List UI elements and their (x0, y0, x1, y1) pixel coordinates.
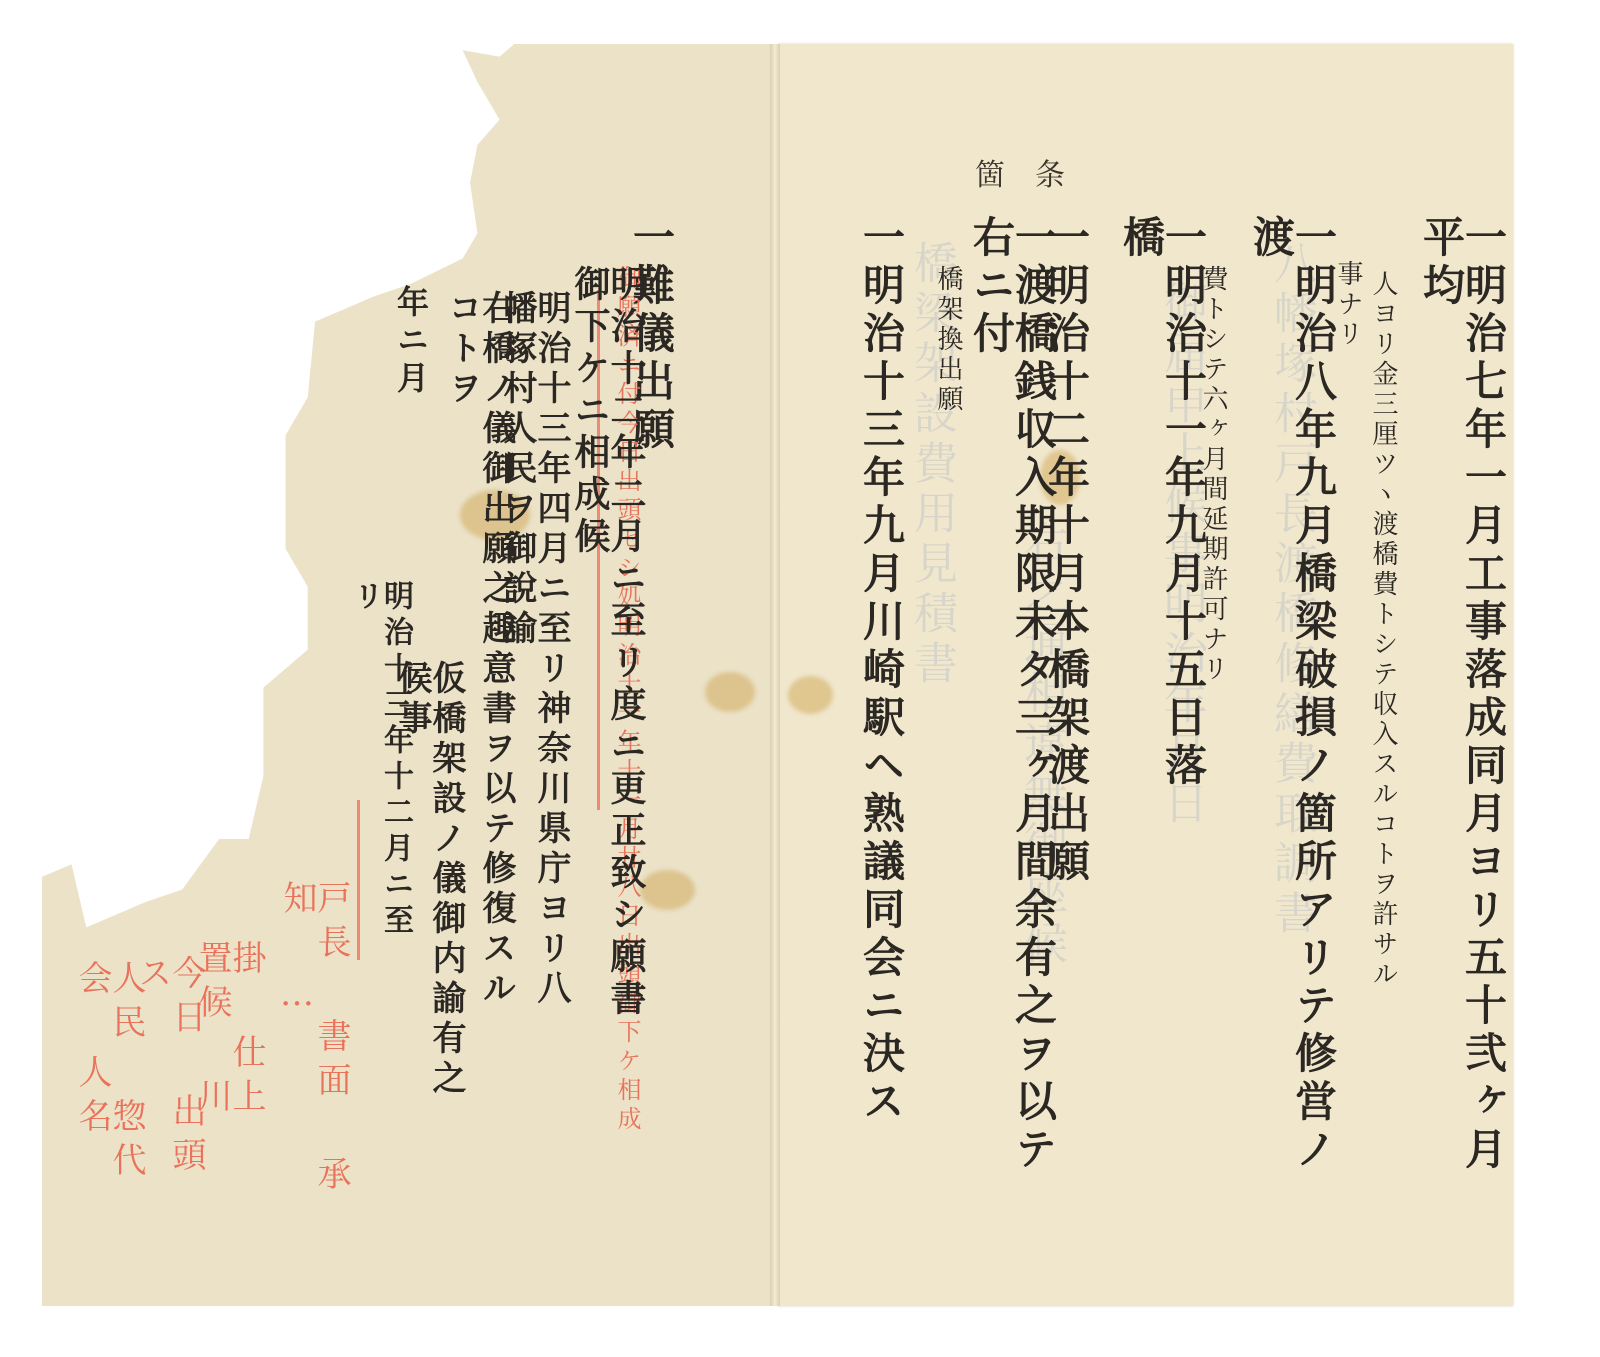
entry-5-note: 橋架換出願 (935, 265, 961, 565)
page-heading: 箇条 (975, 150, 1095, 194)
entry-1: 一明治七年一月工事落成同月ヨリ五十弐ヶ月平均 (1420, 215, 1504, 1215)
page-fold (770, 44, 780, 1306)
entry-3: 一明治十一年九月十五日落橋 (1120, 215, 1204, 815)
left-entry-7: 年ニ月 (395, 285, 427, 445)
left-entry-2: 明治十二年二月ニ至リ度ニ更正致シ願書御下ケニ相成候 (572, 265, 644, 1025)
red-annotation-1: 戸長 書面 承知 … (280, 880, 348, 1210)
entry-6: 一明治十三年九月川崎駅ヘ熟議同会ニ決ス (860, 215, 902, 1215)
red-annotation-4: 人民 惣代 会 人名 (75, 960, 143, 1240)
entry-1-tail: 事ナリ (1335, 260, 1361, 460)
entry-1-note: 人ヨリ金三厘ツヽ渡橋費トシテ収入スルコトヲ許サル (1370, 270, 1396, 1230)
left-entry-6: 明治十三年十二月ニ至リ (350, 580, 410, 960)
entry-2: 一明治八年九月橋梁破損ノ箇所アリテ修営ノ渡 (1250, 215, 1334, 1215)
entry-5: 一渡橋銭収入期限未タ三ヶ月間余有之ヲ以テ右ニ付 (970, 215, 1054, 1215)
